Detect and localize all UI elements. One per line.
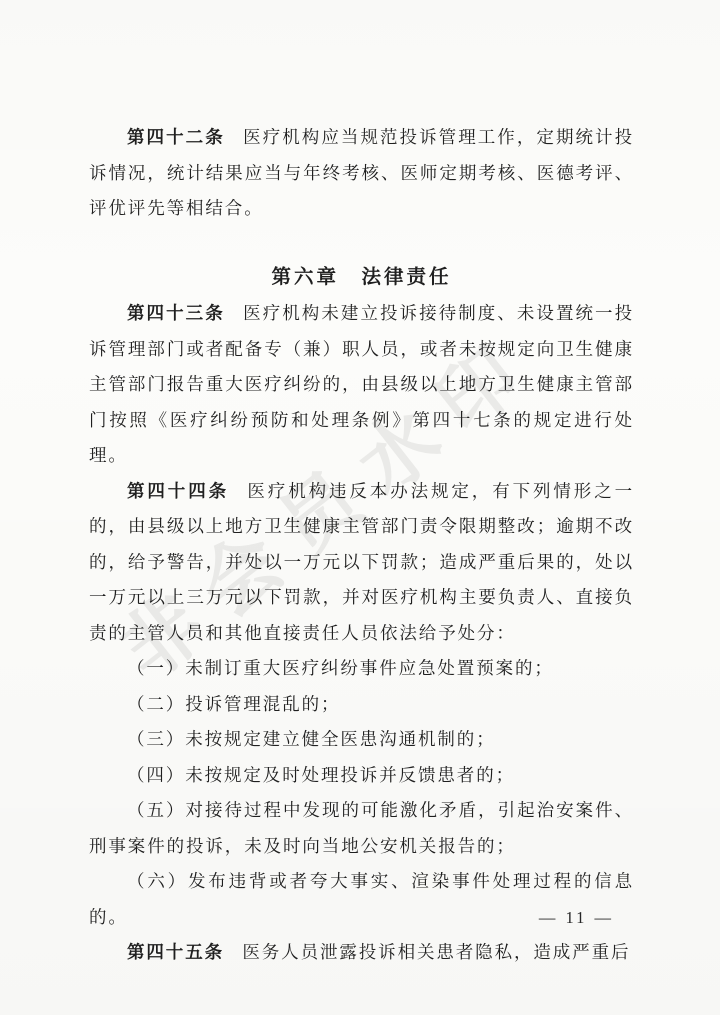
article-number: 第四十二条	[127, 127, 225, 147]
article-number: 第四十三条	[127, 303, 225, 323]
article-number: 第四十五条	[127, 942, 224, 962]
list-item-4: （四）未按规定及时处理投诉并反馈患者的；	[89, 758, 634, 794]
document-page: 非会员水印 第四十二条医疗机构应当规范投诉管理工作，定期统计投诉情况，统计结果应…	[0, 0, 720, 1015]
article-paragraph-45: 第四十五条医务人员泄露投诉相关患者隐私，造成严重后	[89, 935, 634, 971]
article-text: 医务人员泄露投诉相关患者隐私，造成严重后	[242, 942, 630, 962]
document-body: 第四十二条医疗机构应当规范投诉管理工作，定期统计投诉情况，统计结果应当与年终考核…	[89, 120, 634, 971]
page-number: — 11 —	[539, 908, 614, 928]
article-text: 医疗机构未建立投诉接待制度、未设置统一投诉管理部门或者配备专（兼）职人员，或者未…	[89, 303, 634, 465]
list-item-5: （五）对接待过程中发现的可能激化矛盾，引起治安案件、刑事案件的投诉，未及时向当地…	[89, 793, 634, 864]
article-paragraph-42: 第四十二条医疗机构应当规范投诉管理工作，定期统计投诉情况，统计结果应当与年终考核…	[89, 120, 634, 227]
article-paragraph-44: 第四十四条医疗机构违反本办法规定，有下列情形之一的，由县级以上地方卫生健康主管部…	[89, 474, 634, 652]
list-item-3: （三）未按规定建立健全医患沟通机制的；	[89, 722, 634, 758]
list-item-2: （二）投诉管理混乱的；	[89, 687, 634, 723]
article-text: 医疗机构违反本办法规定，有下列情形之一的，由县级以上地方卫生健康主管部门责令限期…	[89, 481, 634, 643]
chapter-heading: 第六章 法律责任	[89, 260, 634, 296]
list-item-1: （一）未制订重大医疗纠纷事件应急处置预案的；	[89, 651, 634, 687]
article-number: 第四十四条	[127, 481, 229, 501]
article-paragraph-43: 第四十三条医疗机构未建立投诉接待制度、未设置统一投诉管理部门或者配备专（兼）职人…	[89, 296, 634, 474]
